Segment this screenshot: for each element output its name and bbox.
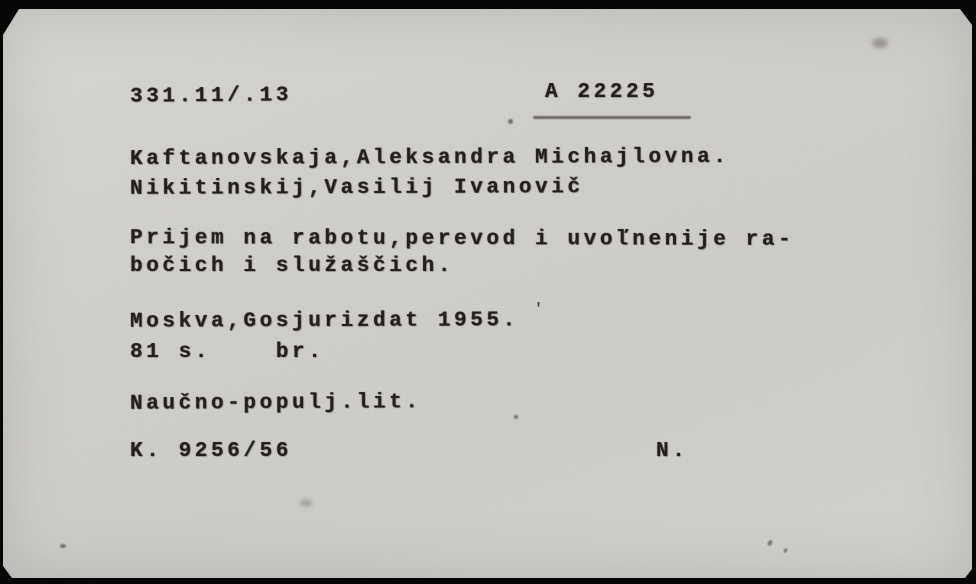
ink-speck <box>508 119 513 124</box>
copy-mark: N. <box>656 439 688 465</box>
title-line-2: bočich i služaščich. <box>130 254 454 280</box>
collation: 81 s. br. <box>130 340 324 366</box>
imprint-stray-mark: ' <box>534 301 543 318</box>
control-number: K. 9256/56 <box>130 439 292 465</box>
imprint: Moskva,Gosjurizdat 1955. <box>130 308 519 335</box>
ink-speck <box>514 415 518 419</box>
accession-number: A 22225 <box>545 80 658 106</box>
paper-smudge <box>872 38 888 48</box>
paper-smudge <box>300 500 312 506</box>
ink-speck <box>60 544 66 548</box>
classification-number: 331.11/.13 <box>130 83 292 110</box>
author-secondary: Nikitinskij,Vasilij Ivanovič <box>130 175 584 203</box>
title-line-1: Prijem na rabotu,perevod i uvoľnenije ra… <box>130 226 794 254</box>
scanner-background: 331.11/.13 A 22225 Kaftanovskaja,Aleksan… <box>0 0 976 584</box>
author-main: Kaftanovskaja,Aleksandra Michajlovna. <box>130 145 730 173</box>
series-note: Naučno-populj.lit. <box>130 390 422 418</box>
accession-underline <box>533 116 691 119</box>
